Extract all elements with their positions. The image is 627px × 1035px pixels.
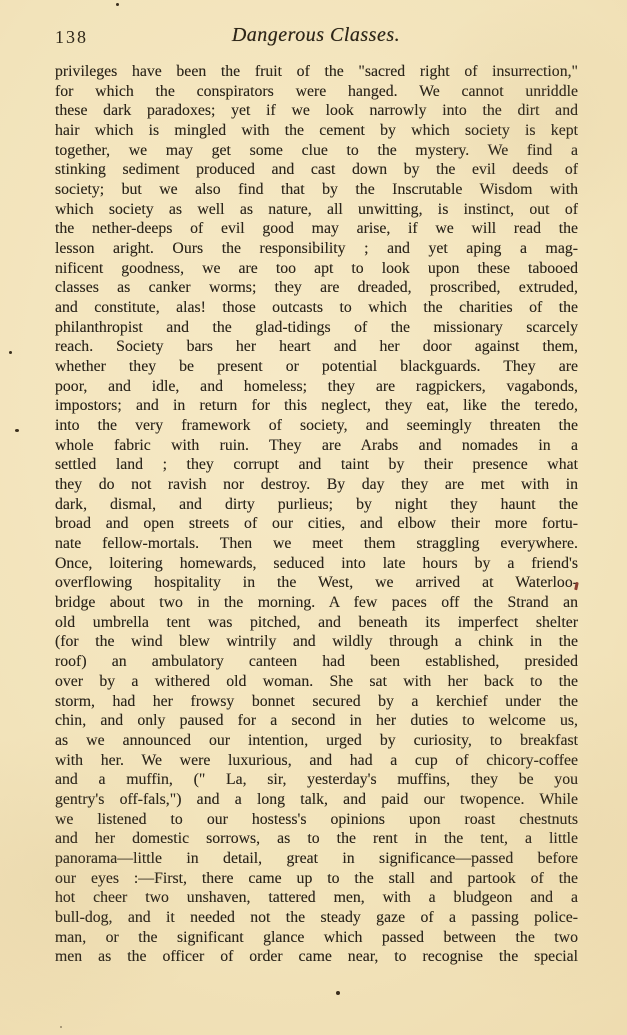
- text-line: impostors; and in return for this neglec…: [55, 396, 578, 416]
- ink-speck: [116, 3, 119, 6]
- page-body-text: privileges have been the fruit of the "s…: [55, 62, 578, 967]
- text-line: we listened to our hostess's opinions up…: [55, 810, 578, 830]
- text-line: gentry's off-fals,") and a long talk, an…: [55, 790, 578, 810]
- running-head: 138 Dangerous Classes.: [55, 24, 577, 50]
- book-page-scan: 138 Dangerous Classes. privileges have b…: [0, 0, 627, 1035]
- text-line: storm, had her frowsy bonnet secured by …: [55, 692, 578, 712]
- text-line: Once, loitering homewards, seduced into …: [55, 554, 578, 574]
- text-line: society; but we also find that by the In…: [55, 180, 578, 200]
- text-line: which society as well as nature, all unw…: [55, 200, 578, 220]
- text-line: overflowing hospitality in the West, we …: [55, 573, 578, 593]
- text-line: our eyes :—First, there came up to the s…: [55, 869, 578, 889]
- text-line: bull-dog, and it needed not the steady g…: [55, 908, 578, 928]
- text-line: old umbrella tent was pitched, and benea…: [55, 613, 578, 633]
- text-line: broad and open streets of our cities, an…: [55, 514, 578, 534]
- text-line: man, or the significant glance which pas…: [55, 928, 578, 948]
- text-line: over by a withered old woman. She sat wi…: [55, 672, 578, 692]
- text-line: roof) an ambulatory canteen had been est…: [55, 652, 578, 672]
- text-line: hot cheer two unshaven, tattered men, wi…: [55, 888, 578, 908]
- text-line: lesson aright. Ours the responsibility ;…: [55, 239, 578, 259]
- text-line: with her. We were luxurious, and had a c…: [55, 751, 578, 771]
- ink-speck: [336, 991, 340, 995]
- ink-speck: [60, 1026, 62, 1028]
- text-line: nificent goodness, we are too apt to loo…: [55, 259, 578, 279]
- ink-speck: [9, 351, 12, 354]
- text-line: privileges have been the fruit of the "s…: [55, 62, 578, 82]
- text-line: these dark paradoxes; yet if we look nar…: [55, 101, 578, 121]
- text-line: hair which is mingled with the cement by…: [55, 121, 578, 141]
- text-line: reach. Society bars her heart and her do…: [55, 337, 578, 357]
- running-title: Dangerous Classes.: [55, 24, 577, 47]
- text-line: whole fabric with ruin. They are Arabs a…: [55, 436, 578, 456]
- text-line: panorama—little in detail, great in sign…: [55, 849, 578, 869]
- ink-speck: [15, 429, 19, 432]
- text-line: philanthropist and the glad-tidings of t…: [55, 318, 578, 338]
- text-line: stinking sediment produced and cast down…: [55, 160, 578, 180]
- text-line: settled land ; they corrupt and taint by…: [55, 455, 578, 475]
- text-line: dark, dismal, and dirty purlieus; by nig…: [55, 495, 578, 515]
- text-line: whether they be present or potential bla…: [55, 357, 578, 377]
- text-line: they do not ravish nor destroy. By day t…: [55, 475, 578, 495]
- text-line: nate fellow-mortals. Then we meet them s…: [55, 534, 578, 554]
- text-line: bridge about two in the morning. A few p…: [55, 593, 578, 613]
- text-line: into the very framework of society, and …: [55, 416, 578, 436]
- text-line: the nether-deeps of evil good may arise,…: [55, 219, 578, 239]
- text-line: men as the officer of order came near, t…: [55, 947, 578, 967]
- text-line: together, we may get some clue to the my…: [55, 141, 578, 161]
- text-line: and a muffin, (" La, sir, yesterday's mu…: [55, 770, 578, 790]
- text-line: chin, and only paused for a second in he…: [55, 711, 578, 731]
- text-line: for which the conspirators were hanged. …: [55, 82, 578, 102]
- text-line: classes as canker worms; they are dreade…: [55, 278, 578, 298]
- text-line: as we announced our intention, urged by …: [55, 731, 578, 751]
- text-line: and constitute, alas! those outcasts to …: [55, 298, 578, 318]
- text-line: poor, and idle, and homeless; they are r…: [55, 377, 578, 397]
- text-line: and her domestic sorrows, as to the rent…: [55, 829, 578, 849]
- text-line: (for the wind blew wintrily and wildly t…: [55, 632, 578, 652]
